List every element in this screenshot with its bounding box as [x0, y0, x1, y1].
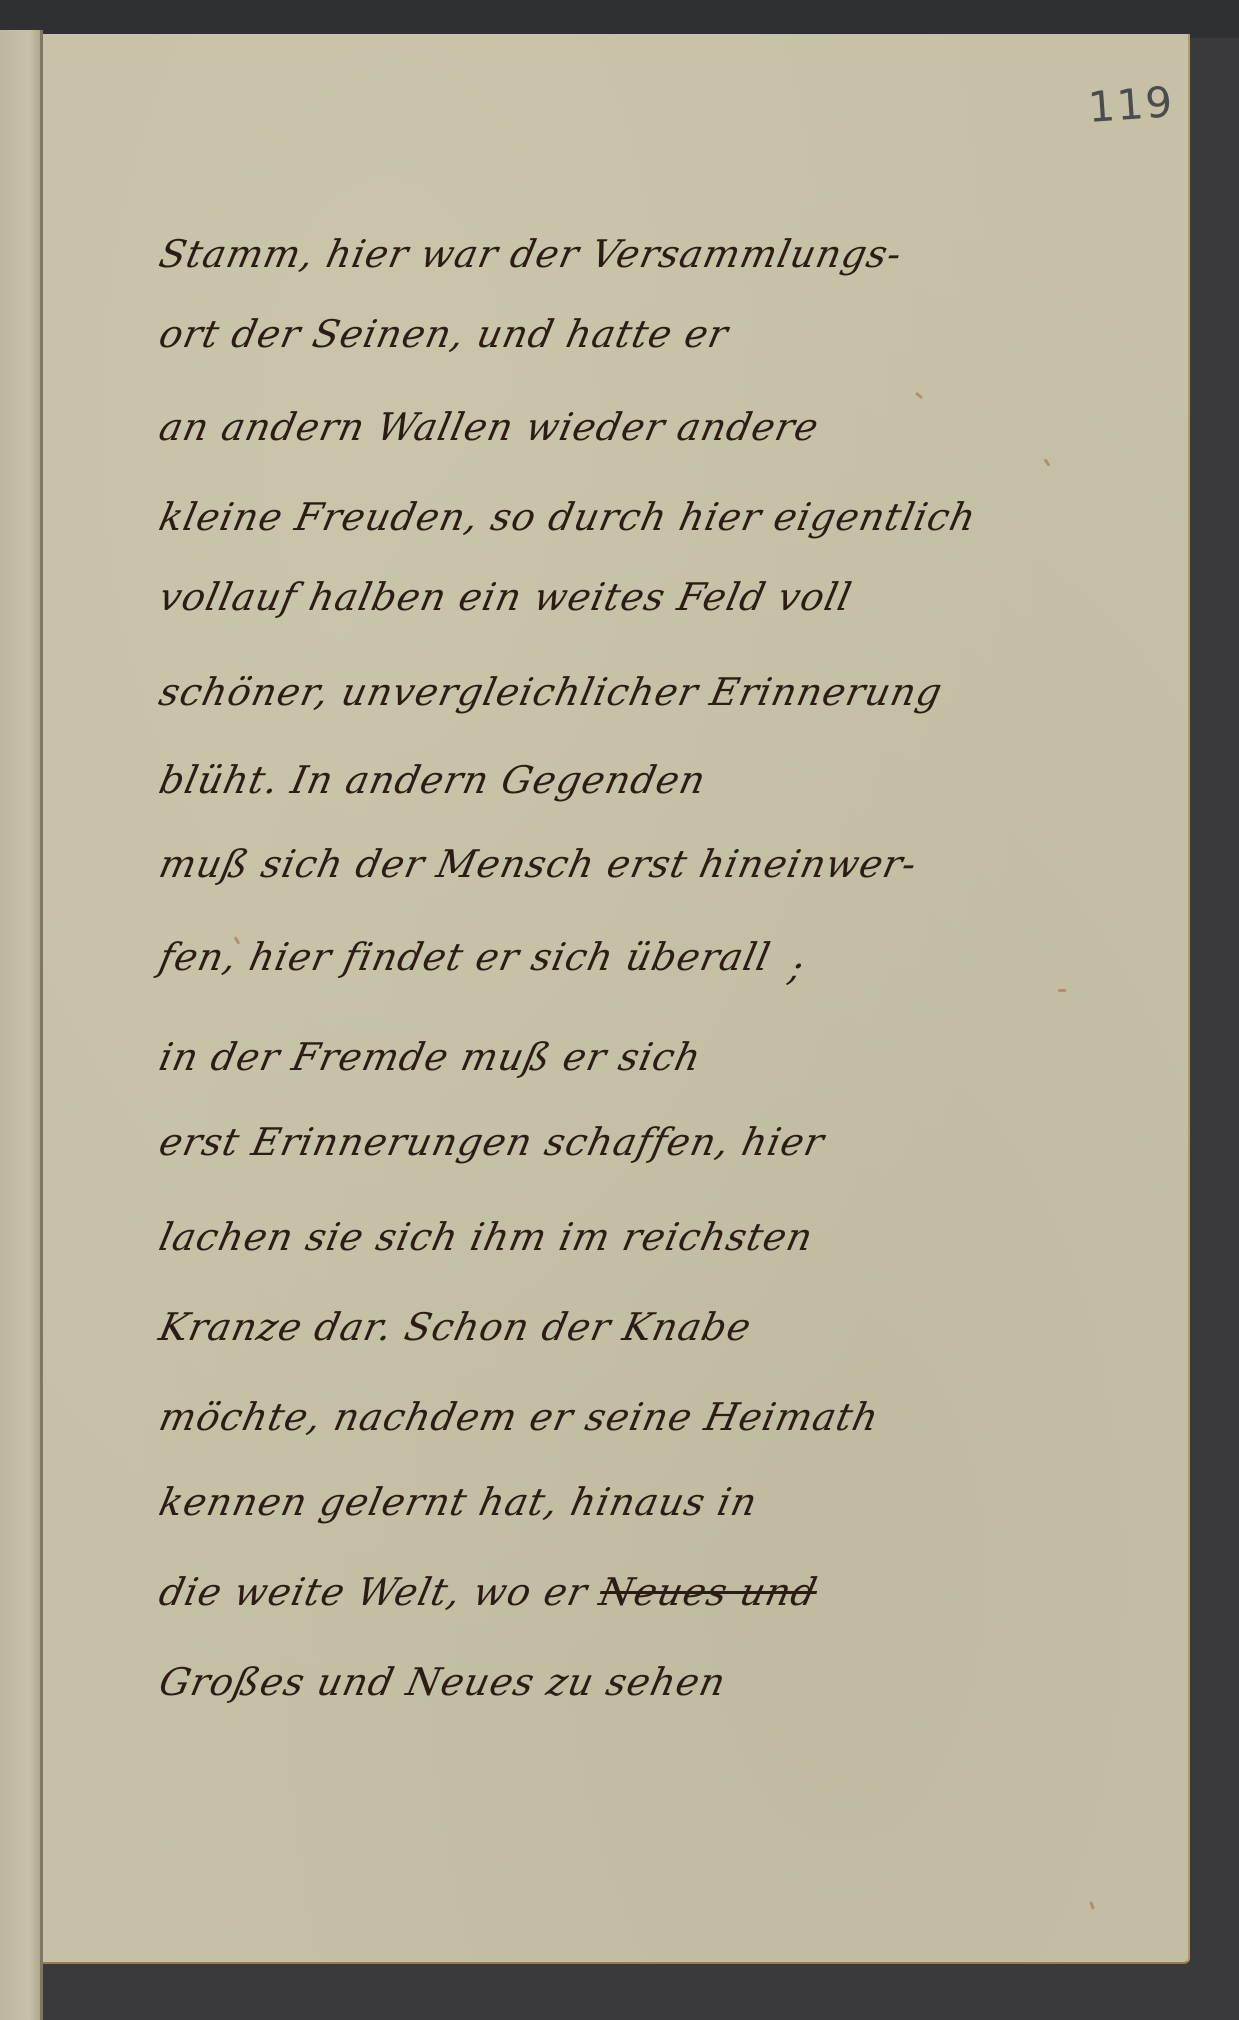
text-line-2: ort der Seinen, und hatte er: [155, 312, 732, 356]
text-line-11: erst Erinnerungen schaffen, hier: [155, 1120, 828, 1164]
text-line-16: die weite Welt, wo er Neues und: [155, 1570, 821, 1614]
handwritten-text-block: Stamm, hier war der Versammlungs- ort de…: [0, 0, 1239, 2020]
text-line-8: muß sich der Mensch erst hineinwer-: [155, 842, 921, 886]
semicolon-mark: ;: [785, 945, 808, 989]
text-line-17: Großes und Neues zu sehen: [155, 1660, 730, 1704]
text-line-3: an andern Wallen wieder andere: [155, 405, 823, 449]
text-line-13: Kranze dar. Schon der Knabe: [155, 1305, 755, 1349]
text-line-7: blüht. In andern Gegenden: [155, 758, 710, 802]
text-line-9: fen, hier findet er sich überall: [155, 935, 774, 979]
text-line-12: lachen sie sich ihm im reichsten: [155, 1215, 817, 1259]
text-line-1: Stamm, hier war der Versammlungs-: [155, 232, 906, 276]
text-line-15: kennen gelernt hat, hinaus in: [155, 1480, 761, 1524]
text-line-10: in der Fremde muß er sich: [155, 1035, 705, 1079]
text-line-4: kleine Freuden, so durch hier eigentlich: [155, 495, 980, 539]
text-line-14: möchte, nachdem er seine Heimath: [155, 1395, 883, 1439]
struck-through-words: Neues und: [596, 1570, 822, 1614]
text-line-6: schöner, unvergleichlicher Erinnerung: [155, 670, 946, 714]
text-line-5: vollauf halben ein weites Feld voll: [155, 575, 856, 619]
text-line-16-main: die weite Welt, wo er: [155, 1570, 592, 1614]
